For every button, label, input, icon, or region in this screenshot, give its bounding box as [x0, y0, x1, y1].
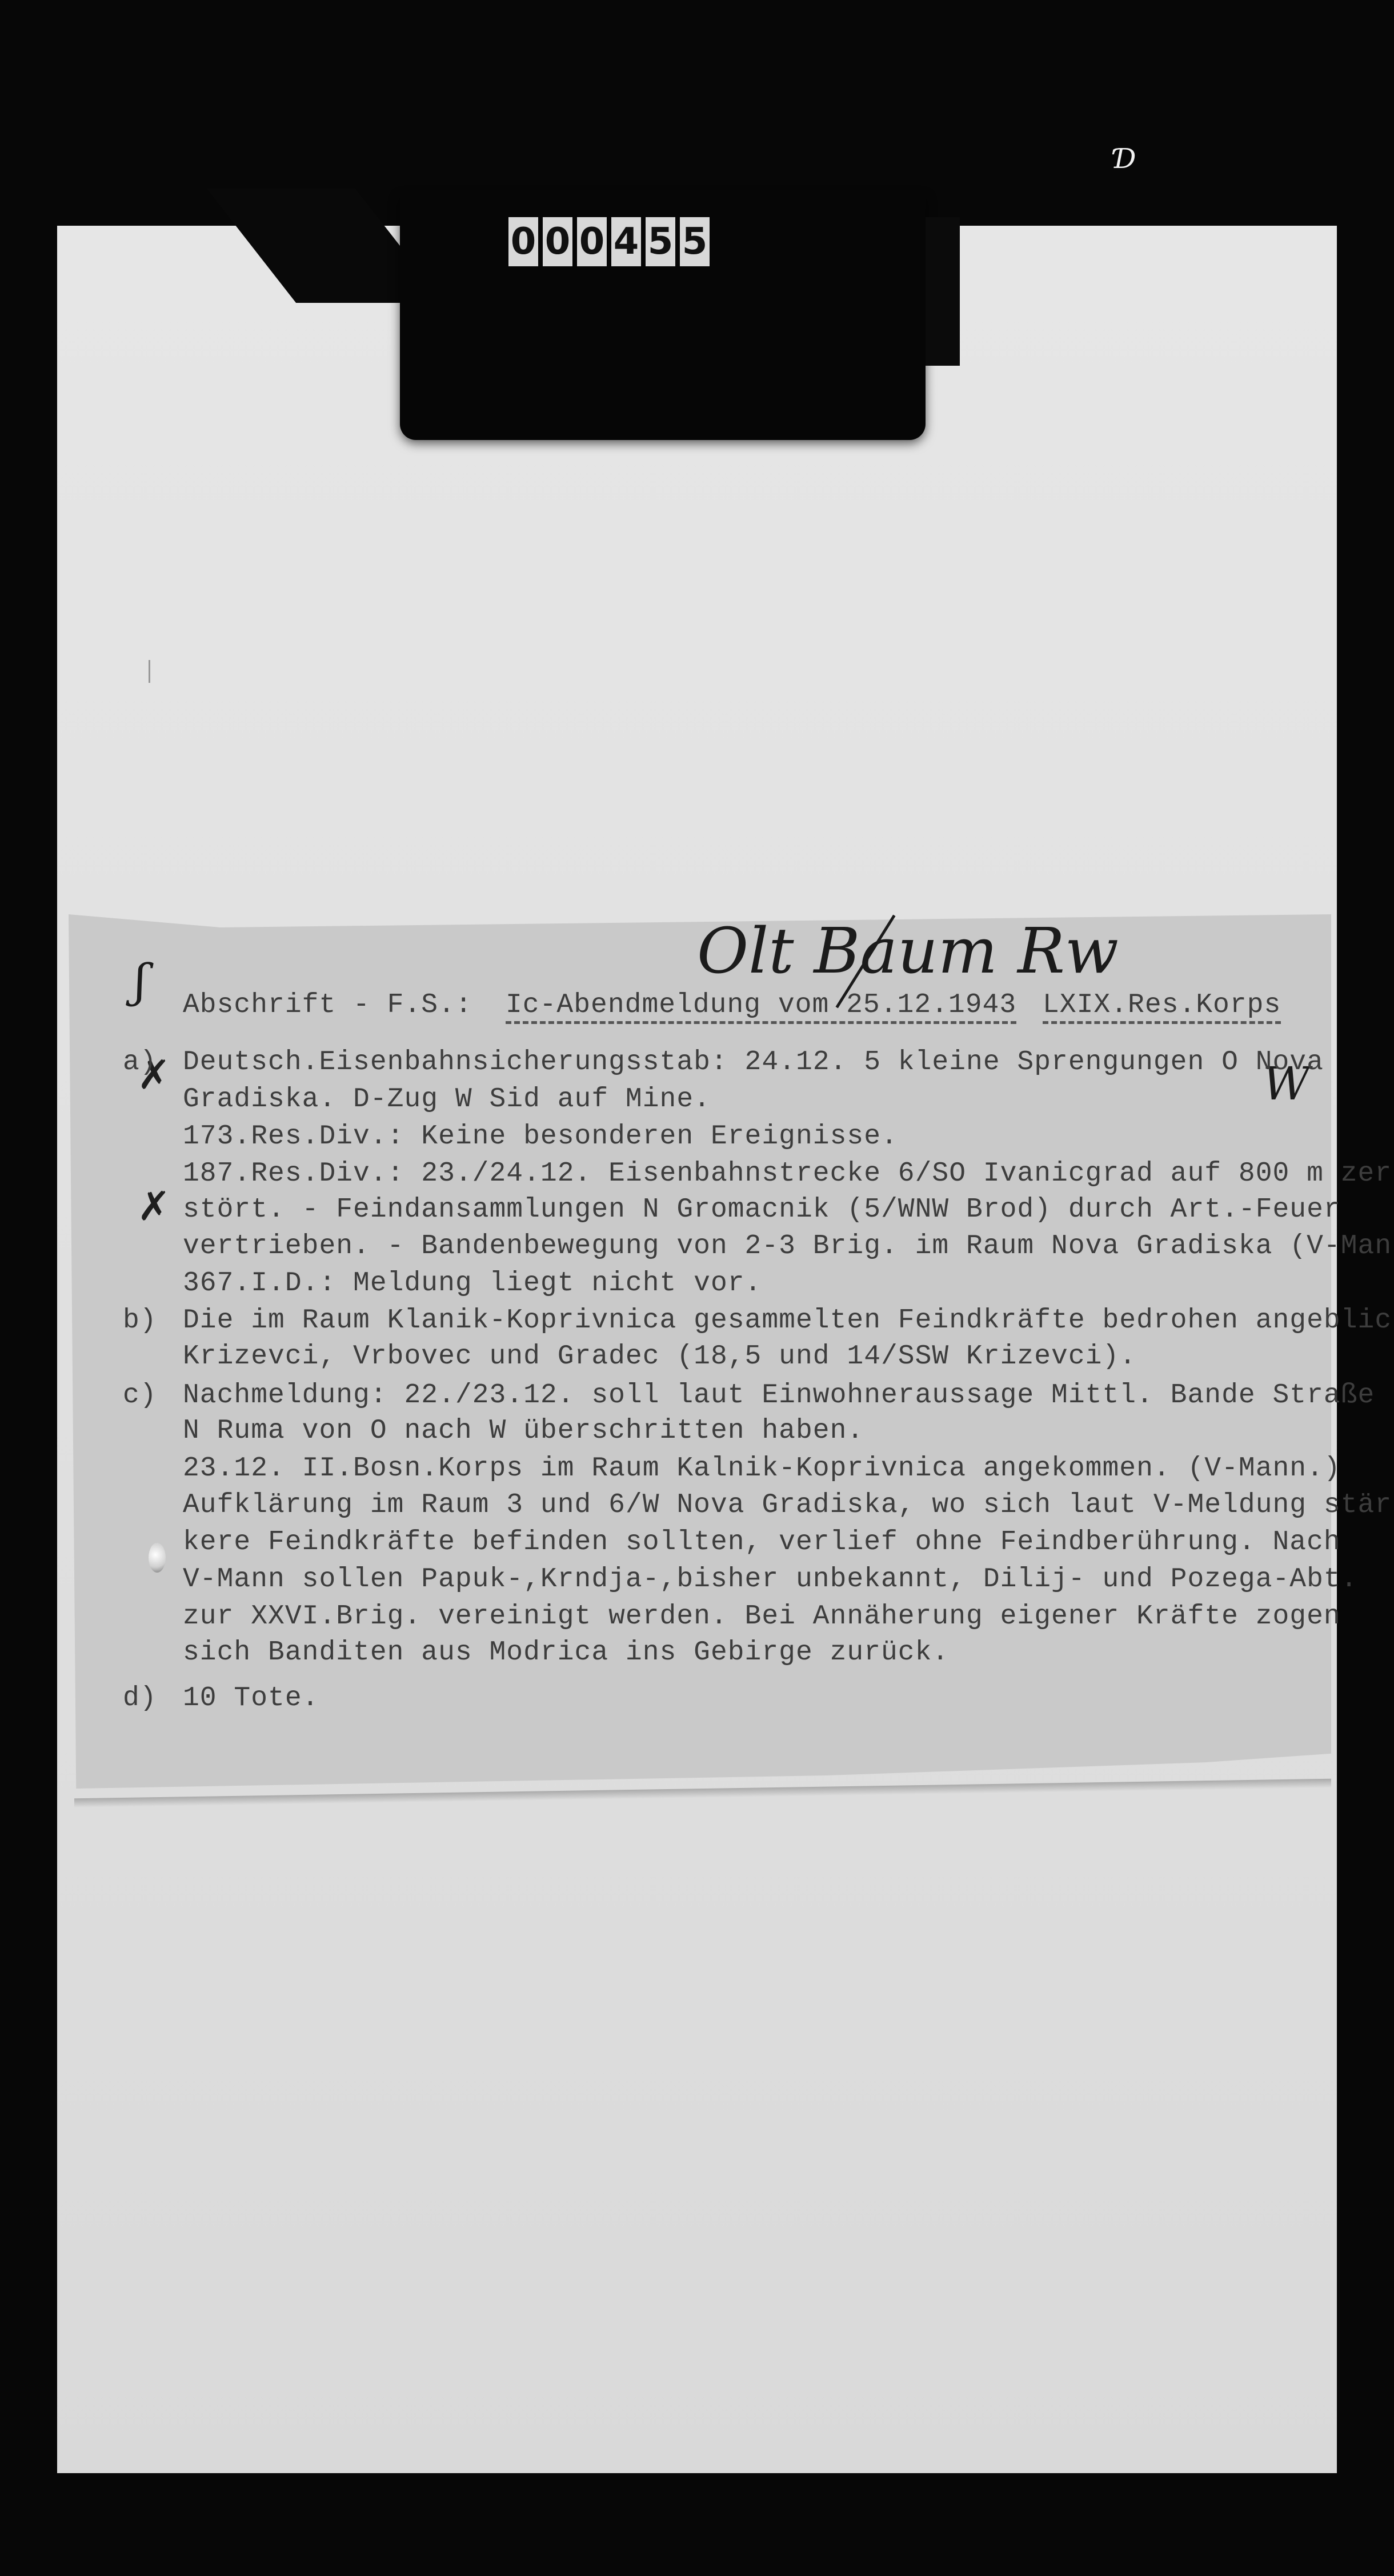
unit-name: LXIX.Res.Korps	[1043, 991, 1281, 1024]
report-line: V-Mann sollen Papuk-,Krndja-,bisher unbe…	[183, 1566, 1358, 1593]
counter-digit: 0	[508, 217, 538, 266]
counter-digit: 5	[646, 217, 675, 266]
report-line: Nachmeldung: 22./23.12. soll laut Einwoh…	[183, 1382, 1375, 1409]
section-marker: b)	[123, 1307, 157, 1334]
check-mark-icon: ✗	[137, 1183, 171, 1230]
report-line: 187.Res.Div.: 23./24.12. Eisenbahnstreck…	[183, 1160, 1394, 1187]
report-title: Ic-Abendmeldung vom 25.12.1943	[506, 991, 1016, 1024]
report-line: Die im Raum Klanik-Koprivnica gesammelte…	[183, 1307, 1394, 1334]
report-line: sich Banditen aus Modrica ins Gebirge zu…	[183, 1639, 949, 1666]
report-line: stört. - Feindansammlungen N Gromacnik (…	[183, 1196, 1341, 1223]
section-marker: c)	[123, 1382, 157, 1409]
section-marker: a)	[123, 1049, 157, 1076]
report-line: vertrieben. - Bandenbewegung von 2-3 Bri…	[183, 1233, 1394, 1260]
report-line: kere Feindkräfte befinden sollten, verli…	[183, 1529, 1341, 1556]
report-line: 10 Tote.	[183, 1685, 319, 1712]
backing-mark	[149, 660, 150, 683]
counter-digit: 5	[680, 217, 710, 266]
report-line: N Ruma von O nach W überschritten haben.	[183, 1417, 864, 1445]
report-line: 23.12. II.Bosn.Korps im Raum Kalnik-Kopr…	[183, 1455, 1341, 1482]
handwritten-top-left-mark: ʃ	[134, 954, 147, 1007]
report-line: 367.I.D.: Meldung liegt nicht vor.	[183, 1270, 762, 1297]
copy-label: Abschrift - F.S.:	[183, 991, 472, 1019]
counter-digit: 0	[543, 217, 572, 266]
report-line: 173.Res.Div.: Keine besonderen Ereigniss…	[183, 1123, 898, 1150]
handwritten-note: Olt Baum Rw	[697, 914, 1119, 987]
frame-counter: 0 0 0 4 5 5	[508, 217, 710, 269]
report-line: Aufklärung im Raum 3 und 6/W Nova Gradis…	[183, 1491, 1394, 1519]
counter-digit: 0	[577, 217, 607, 266]
punch-hole	[149, 1543, 166, 1573]
counter-digit: 4	[611, 217, 641, 266]
report-line: Gradiska. D-Zug W Sid auf Mine.	[183, 1086, 711, 1113]
report-line: zur XXVI.Brig. vereinigt werden. Bei Ann…	[183, 1603, 1341, 1630]
report-line: Krizevci, Vrbovec und Gradec (18,5 und 1…	[183, 1343, 1136, 1370]
section-marker: d)	[123, 1685, 157, 1712]
film-corner-mark: Ɗ	[1114, 143, 1136, 175]
counter-side-bar	[926, 217, 960, 366]
report-line: Deutsch.Eisenbahnsicherungsstab: 24.12. …	[183, 1049, 1324, 1076]
